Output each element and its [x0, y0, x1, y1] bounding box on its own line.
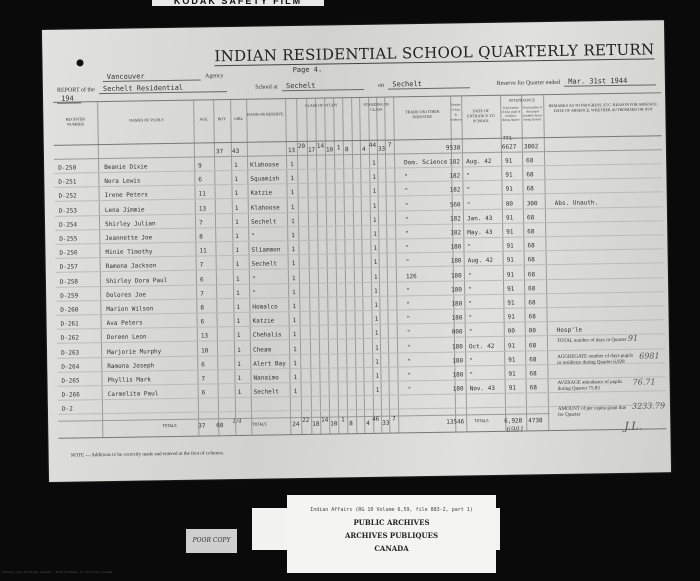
row-att-present: 68: [529, 342, 536, 349]
row-entrance-date: ": [467, 243, 471, 250]
row-class-mark: 1: [291, 218, 295, 225]
row-entrance-date: ": [467, 201, 471, 208]
row-standing-mark: 1: [374, 259, 378, 266]
fwd-class-1: 20: [298, 143, 305, 150]
row-girl-count: 1: [237, 347, 241, 354]
row-register-number: D-260: [60, 306, 78, 313]
totals-class-5: 1: [341, 416, 345, 423]
row-att-present: 68: [526, 157, 533, 164]
fwd-boy: 37: [216, 148, 223, 155]
col-age: AGE: [193, 116, 213, 121]
row-att-present: 68: [528, 299, 535, 306]
row-days-in-residence: 180: [451, 272, 462, 279]
row-att-present: 68: [527, 214, 534, 221]
row-standing-mark: 1: [373, 217, 377, 224]
row-days-in-residence: 180: [452, 343, 463, 350]
col-date-entrance: DATE OF ENTRANCE TO SCHOOL: [462, 108, 499, 124]
row-age: 9: [198, 163, 202, 170]
quarter-ended: Mar. 31st 1944: [564, 76, 656, 86]
row-standing-mark: 1: [375, 316, 379, 323]
col-standing: STANDING IN CLASS: [359, 101, 393, 112]
row-days-in-residence: 180: [451, 286, 462, 293]
row-standing-mark: 1: [375, 359, 379, 366]
totals-class-6: 8: [349, 420, 353, 427]
row-band: Klahoose: [251, 204, 280, 211]
row-trade: ": [405, 188, 409, 195]
fwd-class-2: 17: [308, 147, 315, 154]
row-band: Homalco: [252, 303, 277, 310]
row-class-mark: 1: [292, 289, 296, 296]
fwd-att-note: 771-: [503, 136, 515, 142]
row-pupil-name: Minie Timothy: [105, 248, 152, 256]
row-girl-count: 1: [236, 261, 240, 268]
row-standing-mark: 1: [373, 202, 377, 209]
row-att-total: 91: [505, 172, 512, 179]
row-entrance-date: ": [469, 371, 473, 378]
poor-copy-stamp: POOR COPY: [186, 529, 237, 553]
row-att-total: 91: [508, 342, 515, 349]
row-standing-mark: 1: [373, 188, 377, 195]
row-standing-mark: 1: [372, 174, 376, 181]
row-age: 6: [202, 390, 206, 397]
fwd-girl: 43: [232, 148, 239, 155]
col-name: NAMES OF PUPILS: [103, 117, 189, 123]
row-att-total: 91: [506, 229, 513, 236]
row-register-number: D-262: [61, 335, 79, 342]
row-girl-count: 1: [238, 389, 242, 396]
row-att-present: 68: [530, 384, 537, 391]
row-standing-mark: 1: [375, 373, 379, 380]
row-class-mark: 1: [293, 360, 297, 367]
row-band: Sechelt: [254, 389, 279, 396]
quarterly-return-page: INDIAN RESIDENTIAL SCHOOL QUARTERLY RETU…: [42, 20, 671, 482]
fwd-days: 9538: [446, 144, 461, 151]
fwd-class-5: 1: [337, 144, 341, 151]
col-att-present: Total number of days pupil attended clas…: [522, 105, 542, 121]
archive-reference: Indian Affairs (RG 10 Volume 6,59, file …: [287, 507, 496, 513]
totals-girl-hand: 1/4: [232, 418, 242, 425]
col-register: REGISTER NUMBER: [57, 116, 93, 127]
fwd-std-1: 44: [369, 142, 376, 149]
row-girl-count: 1: [237, 375, 241, 382]
totals-boy: 37: [198, 422, 205, 429]
row-band: Katzie: [253, 318, 275, 325]
row-trade: 126: [406, 273, 417, 280]
row-remark: Hosp'le: [557, 327, 582, 334]
row-band: ": [252, 289, 256, 296]
row-register-number: D-2: [62, 406, 73, 413]
row-age: 7: [201, 375, 205, 382]
summary-average: AVERAGE attendance of pupils during Quar…: [558, 380, 630, 393]
row-att-present: 68: [527, 228, 534, 235]
row-register-number: D-250: [58, 164, 76, 171]
col-girl: GIRL: [230, 116, 246, 121]
row-days-in-residence: 180: [452, 315, 463, 322]
row-days-in-residence: 182: [450, 229, 461, 236]
row-band: Sliammon: [251, 246, 280, 253]
report-of-label: REPORT of the: [57, 87, 95, 94]
row-trade: ": [405, 244, 409, 251]
row-att-total: 91: [507, 300, 514, 307]
row-class-mark: 1: [291, 189, 295, 196]
school-at-label: School at: [255, 84, 278, 90]
row-band: Nanaimo: [253, 374, 278, 381]
row-class-mark: 1: [293, 331, 297, 338]
row-band: ": [251, 233, 255, 240]
row-days-in-residence: 182: [450, 187, 461, 194]
row-att-total: 00: [508, 328, 515, 335]
grant-handwritten: 3233.79: [632, 401, 665, 411]
row-age: 8: [200, 304, 204, 311]
summary-grant: AMOUNT of per capita grant due for Quart…: [558, 406, 632, 419]
row-band: ": [252, 275, 256, 282]
row-entrance-date: ": [466, 172, 470, 179]
totals-std-2: 33: [382, 420, 389, 427]
row-trade: ": [405, 202, 409, 209]
row-age: 13: [199, 205, 206, 212]
totals-girl: 60: [216, 422, 223, 429]
row-standing-mark: 1: [373, 245, 377, 252]
fwd-class-6: 8: [345, 146, 349, 153]
row-girl-count: 1: [236, 276, 240, 283]
row-trade: ": [406, 301, 410, 308]
row-days-in-residence: 182: [450, 215, 461, 222]
row-class-mark: 1: [292, 275, 296, 282]
totals-class-3: 14: [321, 417, 328, 424]
row-class-mark: 1: [291, 246, 295, 253]
agency-value: Vancouver: [103, 72, 201, 83]
row-days-in-residence: 182: [449, 173, 460, 180]
row-entrance-date: Nov. 43: [470, 385, 495, 392]
row-att-total: 91: [507, 271, 514, 278]
credit-line: Library and Archives Canada / Bibliothèq…: [2, 570, 112, 574]
row-entrance-date: ": [469, 314, 473, 321]
row-pupil-name: Shirley Dora Paul: [106, 277, 168, 285]
row-trade: ": [404, 173, 408, 180]
row-trade: ": [407, 315, 411, 322]
row-entrance-date: Jan. 43: [467, 215, 492, 222]
row-register-number: D-263: [61, 349, 79, 356]
col-boy: BOY: [213, 116, 230, 121]
row-girl-count: 1: [235, 205, 239, 212]
row-att-total: 91: [508, 356, 515, 363]
summary-aggregate: AGGREGATE number of days pupils in resid…: [557, 354, 637, 367]
row-pupil-name: Marion Wilson: [106, 305, 153, 313]
totals-class-0: 24: [292, 421, 299, 428]
row-band: Chehalis: [253, 332, 282, 339]
row-days-in-residence: 180: [453, 386, 464, 393]
totals-class-4: 10: [330, 420, 337, 427]
row-pupil-name: Irene Peters: [105, 192, 148, 200]
fwd-std-2: 33: [378, 146, 385, 153]
row-trade: Dom. Science: [404, 159, 447, 167]
row-entrance-date: Aug. 42: [466, 158, 491, 165]
row-band: Katzie: [251, 190, 273, 197]
pupil-table: REGISTER NUMBER NAMES OF PUPILS AGE BOY …: [53, 92, 666, 439]
row-att-total: 91: [508, 371, 515, 378]
row-girl-count: 1: [236, 304, 240, 311]
row-att-present: 68: [526, 171, 533, 178]
reserve-value: Sechelt: [388, 79, 470, 89]
row-band: Alert Bay: [253, 360, 286, 368]
row-register-number: D-261: [61, 321, 79, 328]
row-standing-mark: 1: [374, 302, 378, 309]
row-pupil-name: Jeannette Joe: [105, 234, 152, 242]
row-register-number: D-252: [59, 193, 77, 200]
row-trade: ": [407, 358, 411, 365]
total-days-label: TOTAL number of days in Quarter: [557, 338, 627, 344]
totals-att-total: 6,928: [504, 418, 522, 425]
row-att-total: 91: [506, 243, 513, 250]
col-class-of-study: CLASS OF STUDY: [285, 102, 357, 108]
totals-att-present: 4738: [528, 417, 543, 424]
row-register-number: D-255: [59, 235, 77, 242]
fwd-std-0: 4: [362, 146, 366, 153]
row-register-number: D-253: [59, 207, 77, 214]
row-entrance-date: May. 43: [467, 229, 492, 236]
row-pupil-name: Dolores Joe: [106, 291, 146, 299]
row-att-present: 68: [528, 271, 535, 278]
row-entrance-date: ": [467, 187, 471, 194]
row-register-number: D-259: [60, 292, 78, 299]
col-trade: TRADE OR OTHER INDUSTRY: [397, 109, 447, 120]
row-girl-count: 1: [237, 361, 241, 368]
row-att-total: 91: [508, 314, 515, 321]
row-register-number: D-257: [60, 264, 78, 271]
row-att-total: 91: [507, 285, 514, 292]
row-class-mark: 1: [293, 374, 297, 381]
row-trade: ": [405, 216, 409, 223]
row-age: 7: [200, 290, 204, 297]
row-days-in-residence: 180: [451, 258, 462, 265]
row-girl-count: 1: [235, 190, 239, 197]
row-entrance-date: ": [468, 300, 472, 307]
row-age: 13: [201, 333, 208, 340]
col-attendance: ATTENDANCE: [500, 97, 543, 103]
row-register-number: D-265: [61, 377, 79, 384]
punch-hole-icon: [76, 59, 83, 66]
on-label: on: [378, 83, 384, 89]
row-pupil-name: Ramona Jackson: [106, 263, 157, 271]
row-girl-count: 1: [237, 332, 241, 339]
fwd-att-present: 3802: [524, 143, 539, 150]
row-pupil-name: Doreen Leon: [107, 334, 147, 342]
row-girl-count: 1: [236, 290, 240, 297]
film-edge-label: KODAK SAFETY FILM: [152, 0, 324, 6]
fwd-class-4: 10: [326, 146, 333, 153]
fwd-class-3: 14: [317, 143, 324, 150]
archive-line-3: CANADA: [287, 545, 496, 552]
row-entrance-date: Oct. 42: [469, 343, 494, 350]
row-divider: [55, 206, 663, 217]
row-remark: Abs. Unauth.: [555, 199, 598, 207]
agency-label: Agency: [205, 73, 224, 79]
row-att-total: 91: [505, 158, 512, 165]
totals-std-1: 46: [372, 416, 379, 423]
row-age: 6: [200, 276, 204, 283]
row-entrance-date: Aug. 42: [468, 257, 493, 264]
totals-att-label: TOTALS: [474, 418, 489, 423]
row-trade: ": [407, 344, 411, 351]
row-days-in-residence: 180: [451, 300, 462, 307]
row-att-present: 300: [527, 200, 538, 207]
row-divider: [54, 177, 662, 188]
row-trade: ": [405, 230, 409, 237]
row-class-mark: 1: [292, 260, 296, 267]
aggregate-handwritten: 6981: [639, 351, 659, 360]
totals-std-0: 4: [366, 420, 370, 427]
row-age: 6: [201, 319, 205, 326]
note-text: NOTE — Additions to be correctly made an…: [71, 451, 224, 458]
row-att-total: 00: [506, 200, 513, 207]
row-age: 6: [201, 361, 205, 368]
archive-line-2: ARCHIVES PUBLIQUES: [287, 532, 496, 539]
row-standing-mark: 1: [375, 330, 379, 337]
col-att-total: Total number of days pupil in residence …: [501, 105, 520, 121]
document-title: INDIAN RESIDENTIAL SCHOOL QUARTERLY RETU…: [214, 40, 654, 66]
row-class-mark: 1: [290, 161, 294, 168]
row-days-in-residence: 180: [450, 244, 461, 251]
totals-class-2: 18: [312, 421, 319, 428]
row-girl-count: 1: [237, 318, 241, 325]
row-age: 7: [200, 262, 204, 269]
totals-std-3: 7: [392, 415, 396, 422]
totals-class-1: 22: [302, 417, 309, 424]
row-band: Squamish: [250, 175, 279, 182]
row-standing-mark: 1: [376, 387, 380, 394]
grant-label: AMOUNT of per capita grant due for Quart…: [558, 406, 626, 418]
row-att-present: 68: [529, 313, 536, 320]
school-name: Sechelt Residential: [99, 83, 227, 94]
col-remarks: REMARKS AS TO PROGRESS, ETC. REASON FOR …: [547, 101, 659, 113]
row-att-total: 91: [509, 385, 516, 392]
row-register-number: D-264: [61, 363, 79, 370]
row-age: 8: [199, 233, 203, 240]
row-register-number: D-266: [62, 392, 80, 399]
row-days-in-residence: 560: [450, 201, 461, 208]
row-entrance-date: ": [469, 329, 473, 336]
row-pupil-name: Marjorie Murphy: [107, 348, 161, 356]
row-register-number: D-254: [59, 221, 77, 228]
row-standing-mark: 1: [374, 288, 378, 295]
row-girl-count: 1: [235, 247, 239, 254]
agency-line: Vancouver Agency: [103, 71, 224, 82]
row-girl-count: 1: [235, 233, 239, 240]
row-att-total: 91: [506, 186, 513, 193]
row-band: Sechelt: [251, 218, 276, 225]
row-girl-count: 1: [234, 176, 238, 183]
row-age: 11: [199, 191, 206, 198]
row-class-mark: 1: [291, 232, 295, 239]
archive-label: Indian Affairs (RG 10 Volume 6,59, file …: [287, 495, 496, 573]
row-register-number: D-256: [59, 250, 77, 257]
row-entrance-date: ": [468, 286, 472, 293]
row-att-present: 68: [527, 242, 534, 249]
row-age: 10: [201, 347, 208, 354]
row-trade: ": [408, 386, 412, 393]
row-pupil-name: Nora Lewis: [104, 178, 140, 186]
row-girl-count: 1: [234, 162, 238, 169]
row-class-mark: 1: [293, 346, 297, 353]
row-band: Sechelt: [252, 261, 277, 268]
row-class-mark: 1: [292, 303, 296, 310]
row-pupil-name: Lena Jimmie: [105, 206, 145, 214]
row-att-total: 91: [507, 257, 514, 264]
row-pupil-name: Ava Peters: [107, 320, 143, 328]
row-att-present: 68: [529, 370, 536, 377]
average-value: 75.83: [588, 386, 599, 391]
row-trade: ": [406, 259, 410, 266]
quarter-label: Reserve for Quarter ended: [497, 80, 561, 87]
row-pupil-name: Ramona Joseph: [107, 362, 154, 370]
row-standing-mark: 1: [373, 231, 377, 238]
row-att-present: 68: [527, 186, 534, 193]
col-days: Number of days in residence: [450, 102, 461, 122]
row-standing-mark: 1: [375, 344, 379, 351]
col-band: BAND OR RESERVE: [246, 111, 284, 117]
row-age: 11: [199, 248, 206, 255]
summary-total-days: TOTAL number of days in Quarter 91: [557, 333, 661, 345]
fwd-att-total: 6627: [502, 144, 517, 151]
total-days-value: 91: [628, 334, 638, 343]
initials-handwritten: J.L.: [624, 420, 642, 433]
row-att-present: 68: [528, 257, 535, 264]
row-standing-mark: 1: [372, 160, 376, 167]
row-band: Klahoose: [250, 161, 279, 168]
row-entrance-date: ": [468, 272, 472, 279]
row-trade: ": [406, 287, 410, 294]
row-days-in-residence: 180: [452, 357, 463, 364]
row-att-total: 91: [506, 214, 513, 221]
row-divider: [56, 291, 664, 302]
row-register-number: D-251: [58, 179, 76, 186]
totals-class-label: TOTALS: [252, 422, 267, 427]
archive-line-1: PUBLIC ARCHIVES: [287, 519, 496, 526]
row-standing-mark: 1: [374, 273, 378, 280]
row-class-mark: 1: [290, 175, 294, 182]
row-days-in-residence: 000: [452, 329, 463, 336]
row-days-in-residence: 180: [452, 371, 463, 378]
average-handwritten: 76.71: [633, 377, 656, 386]
row-trade: ": [407, 372, 411, 379]
row-trade: ": [407, 330, 411, 337]
row-entrance-date: ": [469, 357, 473, 364]
row-att-present: 00: [529, 328, 536, 335]
row-pupil-name: Carmelita Paul: [108, 390, 159, 398]
totals-days: 13546: [446, 418, 464, 425]
school-at-value: Sechelt: [282, 81, 364, 91]
row-pupil-name: Shirley Julian: [105, 220, 156, 228]
fwd-std-3: 7: [388, 142, 392, 149]
page-number: Page 4.: [293, 66, 323, 74]
row-girl-count: 1: [235, 219, 239, 226]
row-age: 6: [198, 177, 202, 184]
row-class-mark: 1: [294, 388, 298, 395]
row-band: Cheam: [253, 346, 271, 353]
row-class-mark: 1: [291, 204, 295, 211]
row-days-in-residence: 182: [449, 158, 460, 165]
fwd-class-0: 13: [288, 147, 295, 154]
row-att-present: 68: [528, 285, 535, 292]
row-register-number: D-258: [60, 278, 78, 285]
totals-label: TOTALS: [162, 423, 177, 428]
totals-att-total-hand: 6981: [506, 425, 524, 433]
aggregate-value: 6,928: [613, 360, 624, 365]
row-att-present: 68: [529, 356, 536, 363]
row-pupil-name: Beanie Dixie: [104, 163, 147, 171]
row-class-mark: 1: [293, 317, 297, 324]
row-pupil-name: Phyllis Mark: [107, 376, 150, 384]
